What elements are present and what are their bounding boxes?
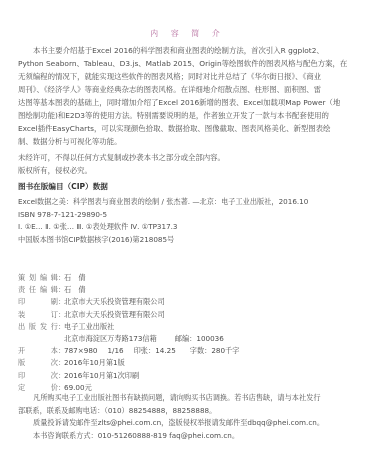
notice-line: 版权所有，侵权必究。 <box>18 164 358 177</box>
format-size: 787×980 <box>64 345 97 357</box>
credit-label: 责任编辑 <box>18 284 58 296</box>
credit-value: 北京市大天乐投资管理有限公司 <box>64 296 165 308</box>
credit-value: 石 倩 <box>64 272 86 284</box>
credit-label: 策划编辑 <box>18 272 58 284</box>
contact-line: 质量投诉请发邮件至zlts@phei.com.cn，盗版侵权举报请发邮件至dbq… <box>18 417 363 430</box>
intro-line: Python Seaborn、Tableau、D3.js、Matlab 2015… <box>18 57 358 70</box>
book-introduction: 本书主要介绍基于Excel 2016的科学图表和商业图表的绘制方法，首次引入R … <box>18 44 358 148</box>
credit-label: 版次 <box>18 357 58 369</box>
credit-label: 印次 <box>18 370 58 382</box>
credit-value: 电子工业出版社 <box>64 321 114 333</box>
contact-line: 本书咨询联系方式：010-51260888-819 faq@phei.com.c… <box>18 430 363 443</box>
intro-line: 达图等基本图表的基础上，同时增加介绍了Excel 2016新增的图表、Excel… <box>18 96 358 109</box>
notice-line: 未经许可，不得以任何方式复制或抄袭本书之部分或全部内容。 <box>18 151 358 164</box>
credit-publisher: 出版发行 ： 电子工业出版社 <box>18 321 363 333</box>
credit-value: 2016年10月第1版 <box>64 357 125 369</box>
publication-credits: 策划编辑 ： 石 倩 责任编辑 ： 石 倩 印刷 ： 北京市大天乐投资管理有限公… <box>18 272 363 394</box>
credit-label: 出版发行 <box>18 321 58 333</box>
cip-classification: Ⅰ. ①E… Ⅱ. ①张… Ⅲ. ①表处理软件 Ⅳ. ①TP317.3 <box>18 221 363 234</box>
credit-responsible-editor: 责任编辑 ： 石 倩 <box>18 284 363 296</box>
credit-edition: 版次 ： 2016年10月第1版 <box>18 357 363 369</box>
postcode-label: 邮编： <box>175 333 197 345</box>
credit-label: 开本 <box>18 345 58 357</box>
cip-title-line: Excel数据之美：科学图表与商业图表的绘制 / 张杰著. —北京：电子工业出版… <box>18 196 363 209</box>
format-fraction: 1/16 <box>107 345 123 357</box>
credit-value: 石 倩 <box>64 284 86 296</box>
copyright-page: 内 容 简 介 本书主要介绍基于Excel 2016的科学图表和商业图表的绘制方… <box>0 0 375 462</box>
intro-line: 本书主要介绍基于Excel 2016的科学图表和商业图表的绘制方法，首次引入R … <box>18 44 358 57</box>
credit-address: 北京市海淀区万寿路173信箱 邮编： 100036 <box>18 333 363 345</box>
intro-line: 周刊》、《经济学人》等商业经典杂志的图表风格。在详细地介绍散点图、柱形图、面积图… <box>18 83 358 96</box>
intro-line: 无须编程的情况下，就能实现这些软件的图表风格；同时对比并总结了《华尔街日报》、《… <box>18 70 358 83</box>
credit-value: 2016年10月第1次印刷 <box>64 370 139 382</box>
words-label: 字数： <box>190 345 212 357</box>
sheets-label: 印张： <box>134 345 156 357</box>
contact-line: 凡所购买电子工业出版社图书有缺损问题，请向购买书店调换。若书店售缺，请与本社发行 <box>18 392 363 405</box>
credit-planning-editor: 策划编辑 ： 石 倩 <box>18 272 363 284</box>
credit-value: 北京市大天乐投资管理有限公司 <box>64 309 165 321</box>
contact-info: 凡所购买电子工业出版社图书有缺损问题，请向购买书店调换。若书店售缺，请与本社发行… <box>18 392 363 442</box>
postcode-value: 100036 <box>196 333 223 345</box>
words-value: 280千字 <box>211 345 239 357</box>
credit-impression: 印次 ： 2016年10月第1次印刷 <box>18 370 363 382</box>
intro-line: 图绘制功能)和E2D3等的使用方法。特别需要说明的是，作者独立开发了一款与本书配… <box>18 109 358 122</box>
copyright-notice: 未经许可，不得以任何方式复制或抄袭本书之部分或全部内容。 版权所有，侵权必究。 <box>18 151 358 177</box>
section-title: 内 容 简 介 <box>0 28 375 39</box>
cip-heading: 图书在版编目（CIP）数据 <box>18 181 108 192</box>
cip-data-block: Excel数据之美：科学图表与商业图表的绘制 / 张杰著. —北京：电子工业出版… <box>18 196 363 246</box>
sheets-value: 14.25 <box>155 345 176 357</box>
contact-line: 部联系，联系及邮购电话：（010）88254888，88258888。 <box>18 405 363 418</box>
cip-isbn: ISBN 978-7-121-29890-5 <box>18 209 363 222</box>
credit-binding: 装订 ： 北京市大天乐投资管理有限公司 <box>18 309 363 321</box>
address-value: 北京市海淀区万寿路173信箱 <box>64 333 157 345</box>
credit-label: 印刷 <box>18 296 58 308</box>
intro-line: Excel插件EasyCharts，可以实现颜色拾取、数据拾取、图像截取、图表风… <box>18 122 358 135</box>
cip-number: 中国版本图书馆CIP数据核字(2016)第218085号 <box>18 234 363 247</box>
intro-line: 制、数据分析与可视化等功能。 <box>18 135 358 148</box>
credit-label: 装订 <box>18 309 58 321</box>
credit-printing: 印刷 ： 北京市大天乐投资管理有限公司 <box>18 296 363 308</box>
credit-format: 开本 ： 787×980 1/16 印张： 14.25 字数： 280千字 <box>18 345 363 357</box>
